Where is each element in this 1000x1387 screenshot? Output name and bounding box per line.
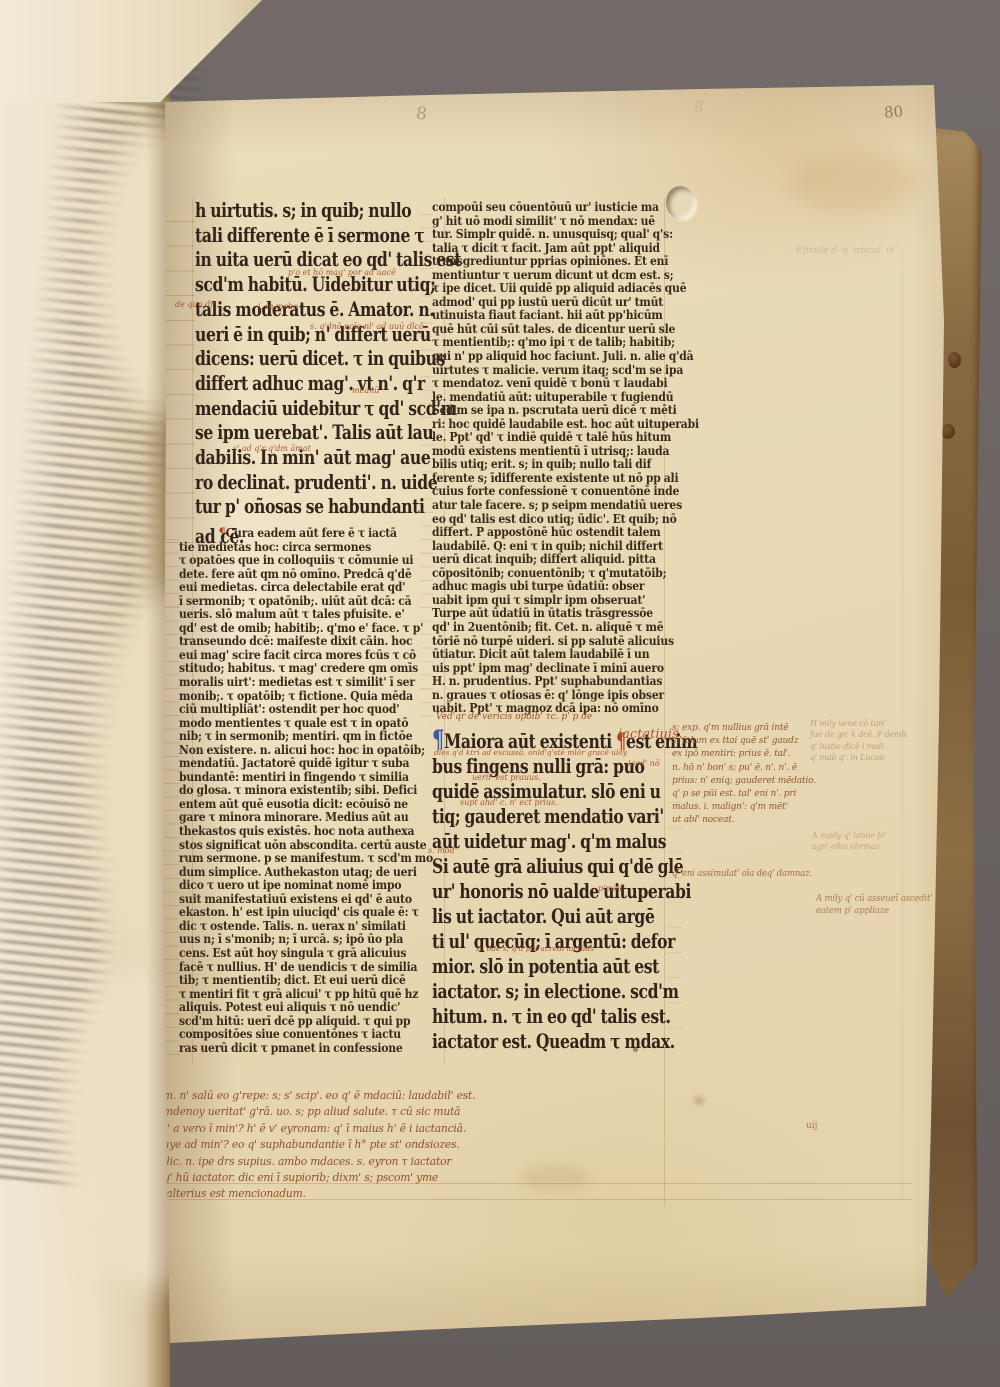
facing-page-top-corner (0, 0, 262, 102)
facing-page (0, 0, 170, 1387)
photograph-of-manuscript: { "meta": { "description": "Medieval Lat… (0, 0, 1000, 1387)
clasp-remnant (948, 352, 961, 368)
margin-note-faint-pair: A mady q' ianne fo'agn' elha ehrmaz (812, 831, 891, 853)
main-text-column-left: h uirtutis. s; in quib; nullotali differ… (195, 198, 445, 519)
stain (560, 1338, 600, 1348)
commentary-column-left: ¶Cura eadem aūt fere ē τ iactātie mediet… (179, 526, 445, 1055)
margin-note-right: s; exp. q'm nullius grā intēs; falum ex … (672, 721, 823, 827)
clasp-remnant (941, 424, 955, 439)
margin-note-far-right-faint: H mily vene cō tan'fue de gn' k dcē. P d… (810, 719, 911, 764)
main-text-column-right: ¶Maiora aūt existenti ¶est enimbus finge… (432, 727, 670, 1054)
margin-note-mid: q' eni assimulat' oīa deq' damnaz. (672, 869, 819, 880)
folio-number: 80 (883, 102, 903, 121)
margin-note-pair: A miły q' cū asseueī ascedit'eatem p' ap… (816, 894, 939, 917)
stain (694, 1096, 704, 1105)
bottom-margin-note: m. n' salū eo g'repe: s; s' scip'. eo q'… (163, 1087, 499, 1202)
stain (790, 150, 920, 214)
rubric-gloss-heading: Ved'qr de vericis opōib' τc. p' p de (436, 712, 592, 722)
commentary-column-right: compoūi seu cōuentōuū ur' iusticie mag' … (432, 201, 668, 716)
stain (520, 1165, 590, 1191)
